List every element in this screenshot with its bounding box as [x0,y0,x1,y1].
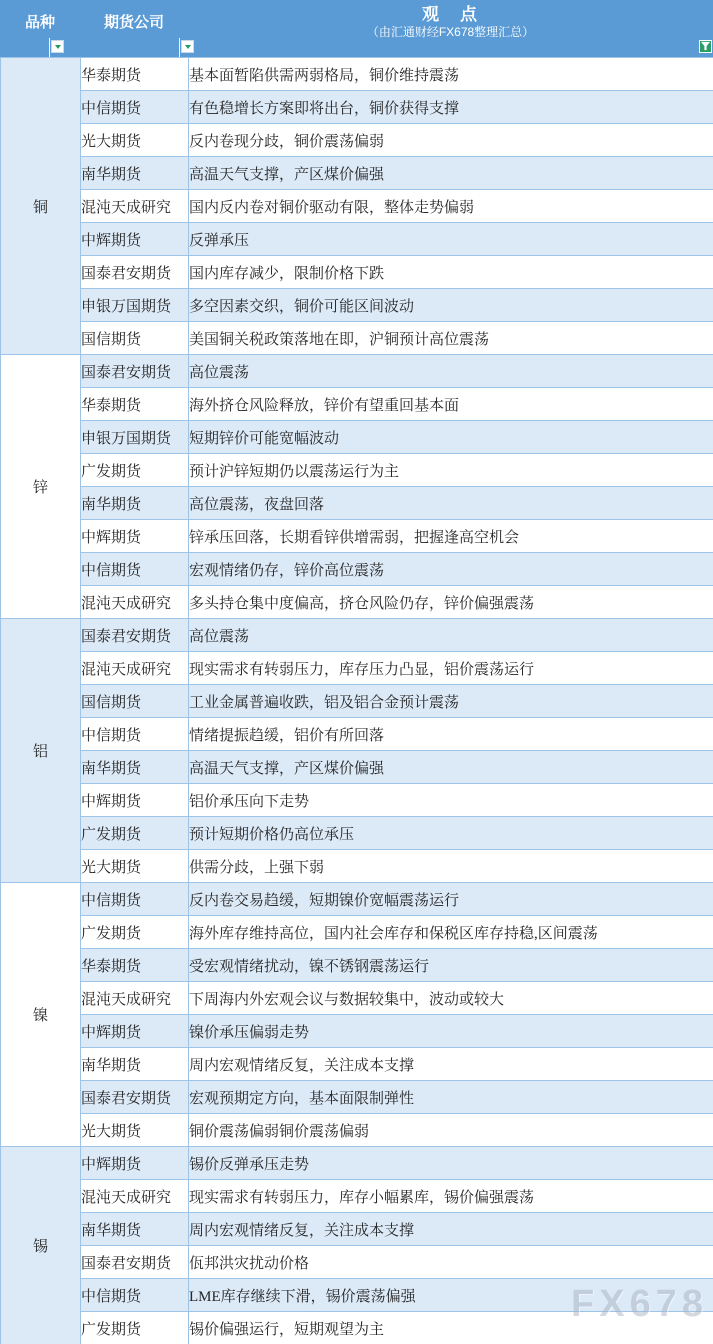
opinion-cell: 宏观情绪仍存，锌价高位震荡 [189,553,713,586]
company-cell: 中辉期货 [81,1015,189,1048]
table-row: 广发期货锡价偏强运行，短期观望为主 [1,1312,713,1344]
table-row: 混沌天成研究多头持仓集中度偏高，挤仓风险仍存，锌价偏强震荡 [1,586,713,619]
table-row: 国泰君安期货国内库存减少，限制价格下跌 [1,256,713,289]
company-cell: 中信期货 [81,91,189,124]
table-row: 中辉期货反弹承压 [1,223,713,256]
futures-opinions-table: 铜华泰期货基本面暂陷供需两弱格局，铜价维持震荡中信期货有色稳增长方案即将出台，铜… [0,57,713,1344]
company-cell: 华泰期货 [81,949,189,982]
opinion-cell: 高温天气支撑，产区煤价偏强 [189,751,713,784]
company-cell: 南华期货 [81,751,189,784]
table-row: 中辉期货铝价承压向下走势 [1,784,713,817]
opinion-cell: 多空因素交织，铜价可能区间波动 [189,289,713,322]
table-row: 南华期货周内宏观情绪反复，关注成本支撑 [1,1213,713,1246]
table-row: 南华期货高位震荡，夜盘回落 [1,487,713,520]
company-cell: 中辉期货 [81,784,189,817]
variety-cell: 铝 [1,619,81,883]
company-cell: 广发期货 [81,817,189,850]
opinion-cell: 锡价偏强运行，短期观望为主 [189,1312,713,1344]
company-cell: 国泰君安期货 [81,355,189,388]
opinion-cell: 国内库存减少，限制价格下跌 [189,256,713,289]
variety-cell: 镍 [1,883,81,1147]
company-cell: 中辉期货 [81,520,189,553]
table-row: 南华期货高温天气支撑，产区煤价偏强 [1,751,713,784]
company-cell: 光大期货 [81,1114,189,1147]
opinion-cell: 海外库存维持高位，国内社会库存和保税区库存持稳,区间震荡 [189,916,713,949]
header-divider [179,38,180,57]
table-row: 镍中信期货反内卷交易趋缓，短期镍价宽幅震荡运行 [1,883,713,916]
opinion-cell: 反弹承压 [189,223,713,256]
table-row: 华泰期货海外挤仓风险释放，锌价有望重回基本面 [1,388,713,421]
company-cell: 南华期货 [81,487,189,520]
table-row: 光大期货反内卷现分歧，铜价震荡偏弱 [1,124,713,157]
header-futures-company: 期货公司 [80,0,188,32]
company-cell: 南华期货 [81,1213,189,1246]
filter-dropdown-variety[interactable] [51,40,64,53]
header-viewpoint: 观 点 （由汇通财经FX678整理汇总） [188,0,713,40]
table-row: 中信期货情绪提振趋缓，铝价有所回落 [1,718,713,751]
opinion-cell: 高位震荡，夜盘回落 [189,487,713,520]
chevron-down-icon [185,45,191,49]
company-cell: 中信期货 [81,883,189,916]
opinion-cell: 工业金属普遍收跌，铝及铝合金预计震荡 [189,685,713,718]
company-cell: 华泰期货 [81,388,189,421]
opinion-cell: 反内卷现分歧，铜价震荡偏弱 [189,124,713,157]
table-row: 锌国泰君安期货高位震荡 [1,355,713,388]
opinion-cell: 佤邦洪灾扰动价格 [189,1246,713,1279]
variety-cell: 锡 [1,1147,81,1344]
company-cell: 中辉期货 [81,1147,189,1180]
table-row: 混沌天成研究国内反内卷对铜价驱动有限，整体走势偏弱 [1,190,713,223]
viewpoint-title: 观 点 [188,5,713,24]
table-header: 品种 期货公司 观 点 （由汇通财经FX678整理汇总） [0,0,713,57]
company-cell: 国信期货 [81,685,189,718]
table-row: 中辉期货锌承压回落，长期看锌供增需弱，把握逢高空机会 [1,520,713,553]
company-cell: 国泰君安期货 [81,256,189,289]
opinion-cell: 情绪提振趋缓，铝价有所回落 [189,718,713,751]
company-cell: 中信期货 [81,553,189,586]
company-cell: 南华期货 [81,1048,189,1081]
company-cell: 申银万国期货 [81,289,189,322]
company-cell: 国泰君安期货 [81,1081,189,1114]
table-row: 广发期货海外库存维持高位，国内社会库存和保税区库存持稳,区间震荡 [1,916,713,949]
opinion-cell: 国内反内卷对铜价驱动有限，整体走势偏弱 [189,190,713,223]
variety-cell: 铜 [1,58,81,355]
opinion-cell: LME库存继续下滑，锡价震荡偏强 [189,1279,713,1312]
company-cell: 混沌天成研究 [81,982,189,1015]
table-row: 申银万国期货多空因素交织，铜价可能区间波动 [1,289,713,322]
company-cell: 国信期货 [81,322,189,355]
table-row: 广发期货预计短期价格仍高位承压 [1,817,713,850]
header-divider [49,38,50,57]
table-row: 南华期货周内宏观情绪反复，关注成本支撑 [1,1048,713,1081]
company-cell: 广发期货 [81,1312,189,1344]
opinion-cell: 锡价反弹承压走势 [189,1147,713,1180]
company-cell: 广发期货 [81,454,189,487]
table-row: 国泰君安期货宏观预期定方向，基本面限制弹性 [1,1081,713,1114]
company-cell: 光大期货 [81,124,189,157]
opinion-cell: 有色稳增长方案即将出台，铜价获得支撑 [189,91,713,124]
opinion-cell: 短期锌价可能宽幅波动 [189,421,713,454]
table-row: 中信期货有色稳增长方案即将出台，铜价获得支撑 [1,91,713,124]
table-row: 锡中辉期货锡价反弹承压走势 [1,1147,713,1180]
filter-active-viewpoint[interactable] [699,40,712,53]
company-cell: 混沌天成研究 [81,652,189,685]
opinion-cell: 周内宏观情绪反复，关注成本支撑 [189,1213,713,1246]
opinion-cell: 受宏观情绪扰动，镍不锈钢震荡运行 [189,949,713,982]
company-cell: 华泰期货 [81,58,189,91]
table-row: 铝国泰君安期货高位震荡 [1,619,713,652]
table-row: 国信期货工业金属普遍收跌，铝及铝合金预计震荡 [1,685,713,718]
table-row: 华泰期货受宏观情绪扰动，镍不锈钢震荡运行 [1,949,713,982]
company-cell: 混沌天成研究 [81,190,189,223]
opinion-cell: 预计沪锌短期仍以震荡运行为主 [189,454,713,487]
opinion-cell: 现实需求有转弱压力，库存小幅累库，锡价偏强震荡 [189,1180,713,1213]
table-row: 中信期货宏观情绪仍存，锌价高位震荡 [1,553,713,586]
company-cell: 混沌天成研究 [81,586,189,619]
table-row: 国信期货美国铜关税政策落地在即，沪铜预计高位震荡 [1,322,713,355]
table-row: 中信期货LME库存继续下滑，锡价震荡偏强 [1,1279,713,1312]
table-row: 混沌天成研究下周海内外宏观会议与数据较集中，波动或较大 [1,982,713,1015]
opinion-cell: 周内宏观情绪反复，关注成本支撑 [189,1048,713,1081]
funnel-icon [700,41,711,52]
company-cell: 光大期货 [81,850,189,883]
company-cell: 国泰君安期货 [81,619,189,652]
opinion-cell: 宏观预期定方向，基本面限制弹性 [189,1081,713,1114]
table-row: 光大期货铜价震荡偏弱铜价震荡偏弱 [1,1114,713,1147]
company-cell: 国泰君安期货 [81,1246,189,1279]
opinion-cell: 预计短期价格仍高位承压 [189,817,713,850]
filter-dropdown-company[interactable] [181,40,194,53]
company-cell: 中信期货 [81,718,189,751]
opinion-cell: 供需分歧，上强下弱 [189,850,713,883]
company-cell: 混沌天成研究 [81,1180,189,1213]
opinion-cell: 铝价承压向下走势 [189,784,713,817]
table-row: 混沌天成研究现实需求有转弱压力，库存压力凸显，铝价震荡运行 [1,652,713,685]
opinion-cell: 基本面暂陷供需两弱格局，铜价维持震荡 [189,58,713,91]
company-cell: 中辉期货 [81,223,189,256]
table-row: 广发期货预计沪锌短期仍以震荡运行为主 [1,454,713,487]
table-row: 申银万国期货短期锌价可能宽幅波动 [1,421,713,454]
company-cell: 申银万国期货 [81,421,189,454]
opinion-cell: 高温天气支撑，产区煤价偏强 [189,157,713,190]
table-row: 中辉期货镍价承压偏弱走势 [1,1015,713,1048]
opinion-cell: 锌承压回落，长期看锌供增需弱，把握逢高空机会 [189,520,713,553]
opinion-cell: 高位震荡 [189,355,713,388]
variety-cell: 锌 [1,355,81,619]
table-row: 光大期货供需分歧，上强下弱 [1,850,713,883]
spreadsheet-table: 品种 期货公司 观 点 （由汇通财经FX678整理汇总） 铜华泰期货基本面暂陷供… [0,0,713,1344]
table-row: 南华期货高温天气支撑，产区煤价偏强 [1,157,713,190]
company-cell: 中信期货 [81,1279,189,1312]
company-cell: 南华期货 [81,157,189,190]
opinion-cell: 下周海内外宏观会议与数据较集中，波动或较大 [189,982,713,1015]
opinion-cell: 镍价承压偏弱走势 [189,1015,713,1048]
chevron-down-icon [55,45,61,49]
opinion-cell: 美国铜关税政策落地在即，沪铜预计高位震荡 [189,322,713,355]
viewpoint-subtitle: （由汇通财经FX678整理汇总） [188,24,713,40]
company-cell: 广发期货 [81,916,189,949]
table-row: 铜华泰期货基本面暂陷供需两弱格局，铜价维持震荡 [1,58,713,91]
opinion-cell: 铜价震荡偏弱铜价震荡偏弱 [189,1114,713,1147]
table-row: 混沌天成研究现实需求有转弱压力，库存小幅累库，锡价偏强震荡 [1,1180,713,1213]
opinion-cell: 高位震荡 [189,619,713,652]
opinion-cell: 多头持仓集中度偏高，挤仓风险仍存，锌价偏强震荡 [189,586,713,619]
opinion-cell: 现实需求有转弱压力，库存压力凸显，铝价震荡运行 [189,652,713,685]
opinion-cell: 海外挤仓风险释放，锌价有望重回基本面 [189,388,713,421]
table-row: 国泰君安期货佤邦洪灾扰动价格 [1,1246,713,1279]
opinion-cell: 反内卷交易趋缓，短期镍价宽幅震荡运行 [189,883,713,916]
header-variety: 品种 [0,0,80,32]
